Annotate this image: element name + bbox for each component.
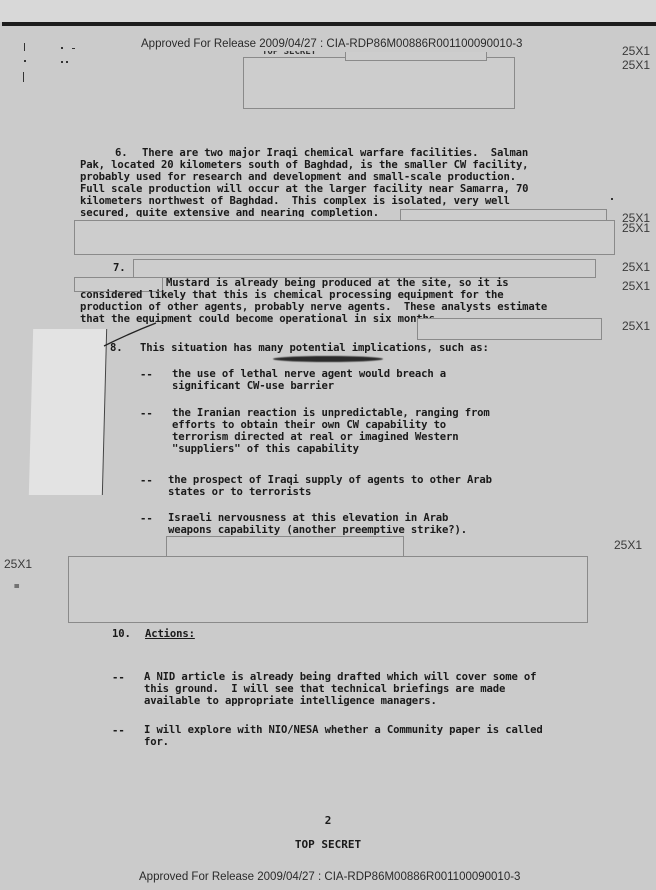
p7-number: 7. xyxy=(113,263,125,275)
exemption-code: 25X1 xyxy=(622,260,650,274)
p8-bullet-line: "suppliers" of this capability xyxy=(172,444,359,456)
redaction-box xyxy=(417,318,602,340)
bullet-dash: -- xyxy=(140,475,153,487)
scan-speck xyxy=(61,47,63,49)
release-footer: Approved For Release 2009/04/27 : CIA-RD… xyxy=(139,871,520,883)
paper-patch xyxy=(29,329,107,495)
scan-edge xyxy=(0,0,656,22)
scan-speck xyxy=(66,61,68,63)
exemption-code: 25X1 xyxy=(622,319,650,333)
p10-bullet-line: I will explore with NIO/NESA whether a C… xyxy=(144,725,543,737)
p7-line: considered likely that this is chemical … xyxy=(80,290,504,302)
exemption-code: 25X1 xyxy=(622,58,650,72)
scan-speck xyxy=(611,198,613,200)
p8-bullet-line: efforts to obtain their own CW capabilit… xyxy=(172,420,446,432)
exemption-code: 25X1 xyxy=(622,44,650,58)
exemption-code: 25X1 xyxy=(622,279,650,293)
redaction-box xyxy=(345,52,487,61)
p10-bullet-line: this ground. I will see that technical b… xyxy=(144,684,505,696)
bullet-dash: -- xyxy=(112,725,125,737)
bullet-dash: -- xyxy=(140,369,153,381)
p10-heading: Actions: xyxy=(145,629,195,641)
p6-line: Full scale production will occur at the … xyxy=(80,184,528,196)
scan-speck xyxy=(24,60,26,62)
p7-line: Mustard is already being produced at the… xyxy=(166,278,509,290)
p8-bullet-line: the Iranian reaction is unpredictable, r… xyxy=(172,408,490,420)
classification-footer: TOP SECRET xyxy=(0,838,656,851)
p8-bullet-line: weapons capability (another preemptive s… xyxy=(168,525,467,535)
page-number: 2 xyxy=(0,814,656,827)
p6-line: Pak, located 20 kilometers south of Bagh… xyxy=(80,160,528,172)
p6-line: secured, quite extensive and nearing com… xyxy=(80,208,379,217)
redaction-box xyxy=(68,556,588,623)
p8-number: 8. xyxy=(110,343,122,355)
p8-intro: This situation has many potential implic… xyxy=(140,343,489,355)
scan-speck xyxy=(23,72,24,82)
p7-line: production of other agents, probably ner… xyxy=(80,302,547,314)
p10-bullet-line: available to appropriate intelligence ma… xyxy=(144,696,437,708)
p10-bullet-line: A NID article is already being drafted w… xyxy=(144,672,536,684)
margin-mark: = xyxy=(14,582,19,594)
bullet-dash: -- xyxy=(140,513,153,525)
p6-line: probably used for research and developme… xyxy=(80,172,516,184)
exemption-code: 25X1 xyxy=(622,221,650,235)
scan-speck xyxy=(61,61,63,63)
p8-bullet-line: terrorism directed at real or imagined W… xyxy=(172,432,459,444)
p8-bullet-line: states or to terrorists xyxy=(168,487,311,499)
redaction-box xyxy=(133,259,596,278)
redaction-box xyxy=(243,57,515,109)
release-header: Approved For Release 2009/04/27 : CIA-RD… xyxy=(141,38,522,50)
exemption-code: 25X1 xyxy=(4,557,32,571)
ink-smudge xyxy=(273,356,383,362)
p8-bullet-line: the use of lethal nerve agent would brea… xyxy=(172,369,446,381)
p8-bullet-line: Israeli nervousness at this elevation in… xyxy=(168,513,448,525)
p6-number: 6. xyxy=(115,148,127,160)
scan-speck xyxy=(72,48,75,49)
exemption-code: 25X1 xyxy=(614,538,642,552)
bullet-dash: -- xyxy=(112,672,125,684)
p10-bullet-line: for. xyxy=(144,737,169,749)
p10-number: 10. xyxy=(112,629,131,641)
redaction-box xyxy=(74,220,615,255)
redaction-box xyxy=(166,536,404,557)
p6-line: kilometers northwest of Baghdad. This co… xyxy=(80,196,510,208)
scan-speck xyxy=(24,43,25,51)
bullet-dash: -- xyxy=(140,408,153,420)
p6-line: There are two major Iraqi chemical warfa… xyxy=(142,148,528,160)
p8-bullet-line: the prospect of Iraqi supply of agents t… xyxy=(168,475,492,487)
p8-bullet-line: significant CW-use barrier xyxy=(172,381,334,393)
